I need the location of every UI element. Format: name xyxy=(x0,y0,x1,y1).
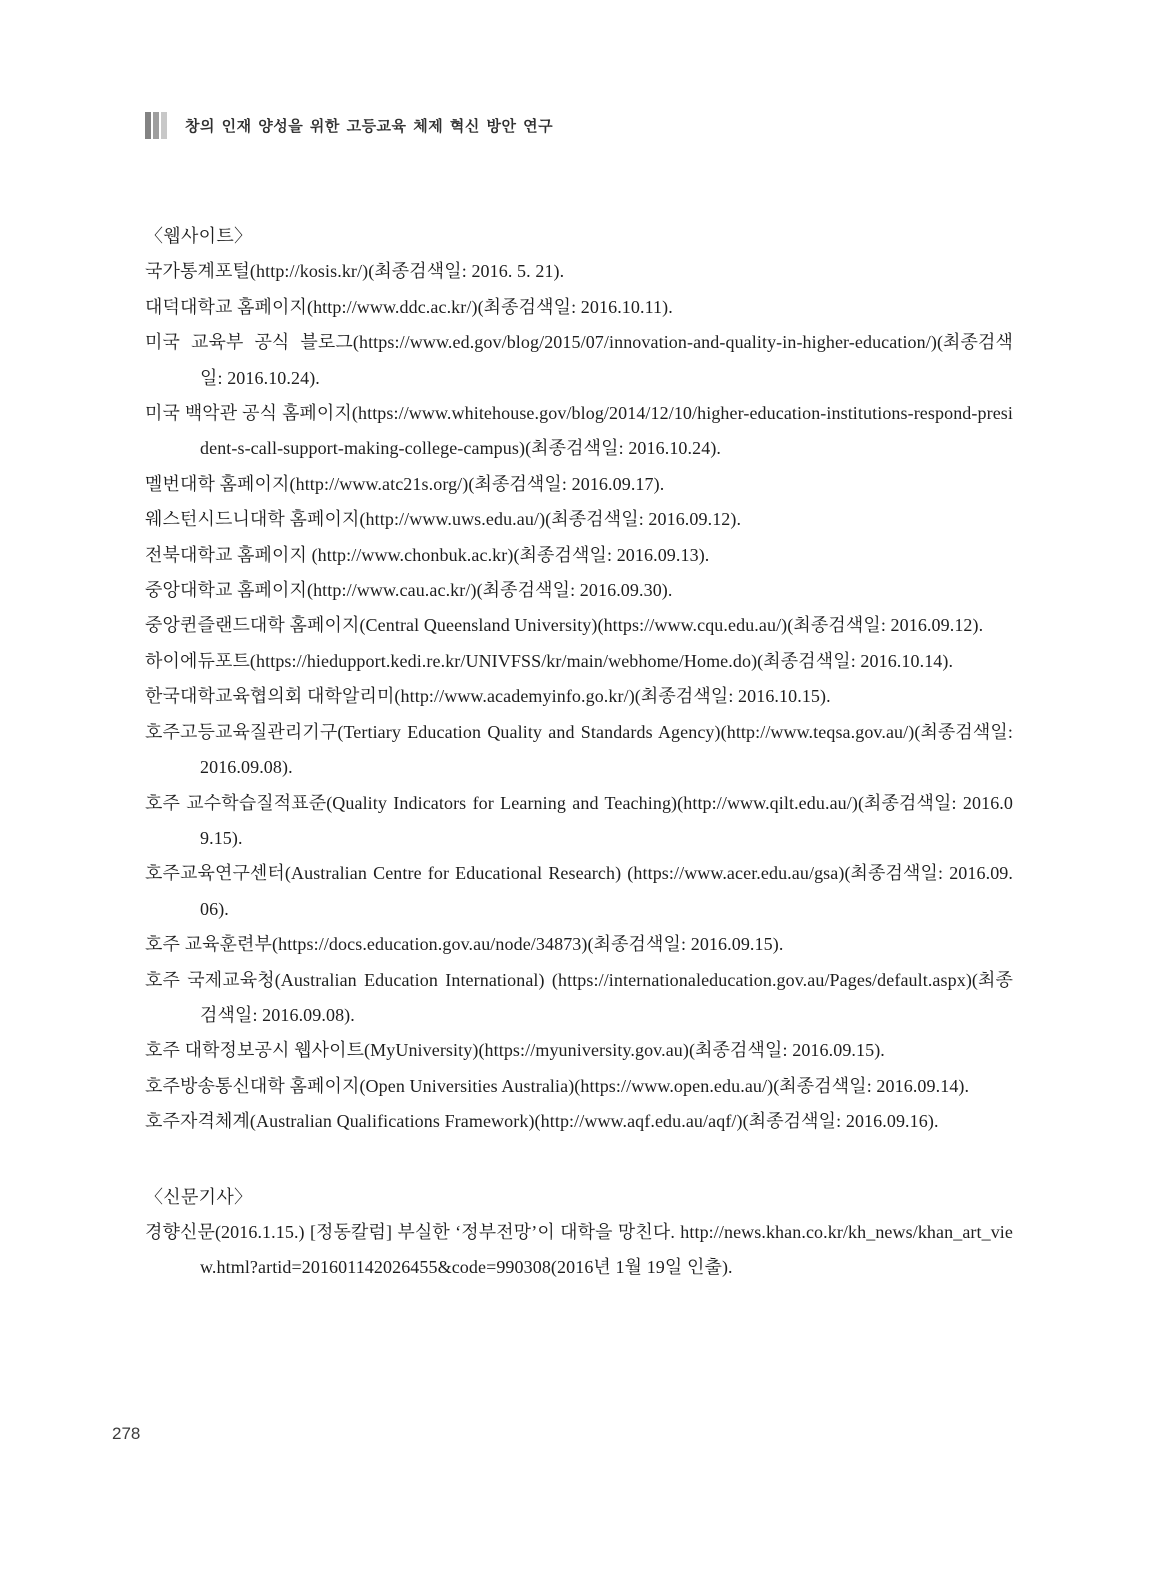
reference-entry: 호주 국제교육청(Australian Education Internatio… xyxy=(145,963,1013,1034)
reference-entry: 미국 교육부 공식 블로그(https://www.ed.gov/blog/20… xyxy=(145,325,1013,396)
document-title: 창의 인재 양성을 위한 고등교육 체제 혁신 방안 연구 xyxy=(185,115,553,136)
websites-section-heading: 〈웹사이트〉 xyxy=(145,219,1013,254)
reference-entry: 미국 백악관 공식 홈페이지(https://www.whitehouse.go… xyxy=(145,396,1013,467)
reference-entry: 하이에듀포트(https://hiedupport.kedi.re.kr/UNI… xyxy=(145,644,1013,679)
reference-entry: 중앙퀸즐랜드대학 홈페이지(Central Queensland Univers… xyxy=(145,608,1013,643)
page-number: 278 xyxy=(112,1424,140,1444)
section-news-articles: 〈신문기사〉 경향신문(2016.1.15.) [정동칼럼] 부실한 ‘정부전망… xyxy=(145,1180,1013,1286)
reference-entry: 중앙대학교 홈페이지(http://www.cau.ac.kr/)(최종검색일:… xyxy=(145,573,1013,608)
header-bars-icon xyxy=(145,112,167,139)
reference-entry: 대덕대학교 홈페이지(http://www.ddc.ac.kr/)(최종검색일:… xyxy=(145,290,1013,325)
reference-entry: 호주 교수학습질적표준(Quality Indicators for Learn… xyxy=(145,786,1013,857)
section-websites: 〈웹사이트〉 국가통계포털(http://kosis.kr/)(최종검색일: 2… xyxy=(145,219,1013,1140)
reference-entry: 국가통계포털(http://kosis.kr/)(최종검색일: 2016. 5.… xyxy=(145,254,1013,289)
reference-entry: 호주 교육훈련부(https://docs.education.gov.au/n… xyxy=(145,927,1013,962)
reference-entry: 웨스턴시드니대학 홈페이지(http://www.uws.edu.au/)(최종… xyxy=(145,502,1013,537)
reference-entry: 호주교육연구센터(Australian Centre for Education… xyxy=(145,856,1013,927)
news-section-heading: 〈신문기사〉 xyxy=(145,1180,1013,1215)
reference-entry: 한국대학교육협의회 대학알리미(http://www.academyinfo.g… xyxy=(145,679,1013,714)
reference-entry: 멜번대학 홈페이지(http://www.atc21s.org/)(최종검색일:… xyxy=(145,467,1013,502)
references-content: 〈웹사이트〉 국가통계포털(http://kosis.kr/)(최종검색일: 2… xyxy=(145,219,1013,1286)
websites-reference-list: 국가통계포털(http://kosis.kr/)(최종검색일: 2016. 5.… xyxy=(145,254,1013,1139)
running-header: 창의 인재 양성을 위한 고등교육 체제 혁신 방안 연구 xyxy=(145,112,553,139)
document-page: 창의 인재 양성을 위한 고등교육 체제 혁신 방안 연구 〈웹사이트〉 국가통… xyxy=(0,0,1159,1571)
news-reference-list: 경향신문(2016.1.15.) [정동칼럼] 부실한 ‘정부전망’이 대학을 … xyxy=(145,1215,1013,1286)
reference-entry: 호주 대학정보공시 웹사이트(MyUniversity)(https://myu… xyxy=(145,1033,1013,1068)
reference-entry: 호주자격체계(Australian Qualifications Framewo… xyxy=(145,1104,1013,1139)
reference-entry: 호주고등교육질관리기구(Tertiary Education Quality a… xyxy=(145,715,1013,786)
reference-entry: 경향신문(2016.1.15.) [정동칼럼] 부실한 ‘정부전망’이 대학을 … xyxy=(145,1215,1013,1286)
reference-entry: 전북대학교 홈페이지 (http://www.chonbuk.ac.kr)(최종… xyxy=(145,538,1013,573)
reference-entry: 호주방송통신대학 홈페이지(Open Universities Australi… xyxy=(145,1069,1013,1104)
